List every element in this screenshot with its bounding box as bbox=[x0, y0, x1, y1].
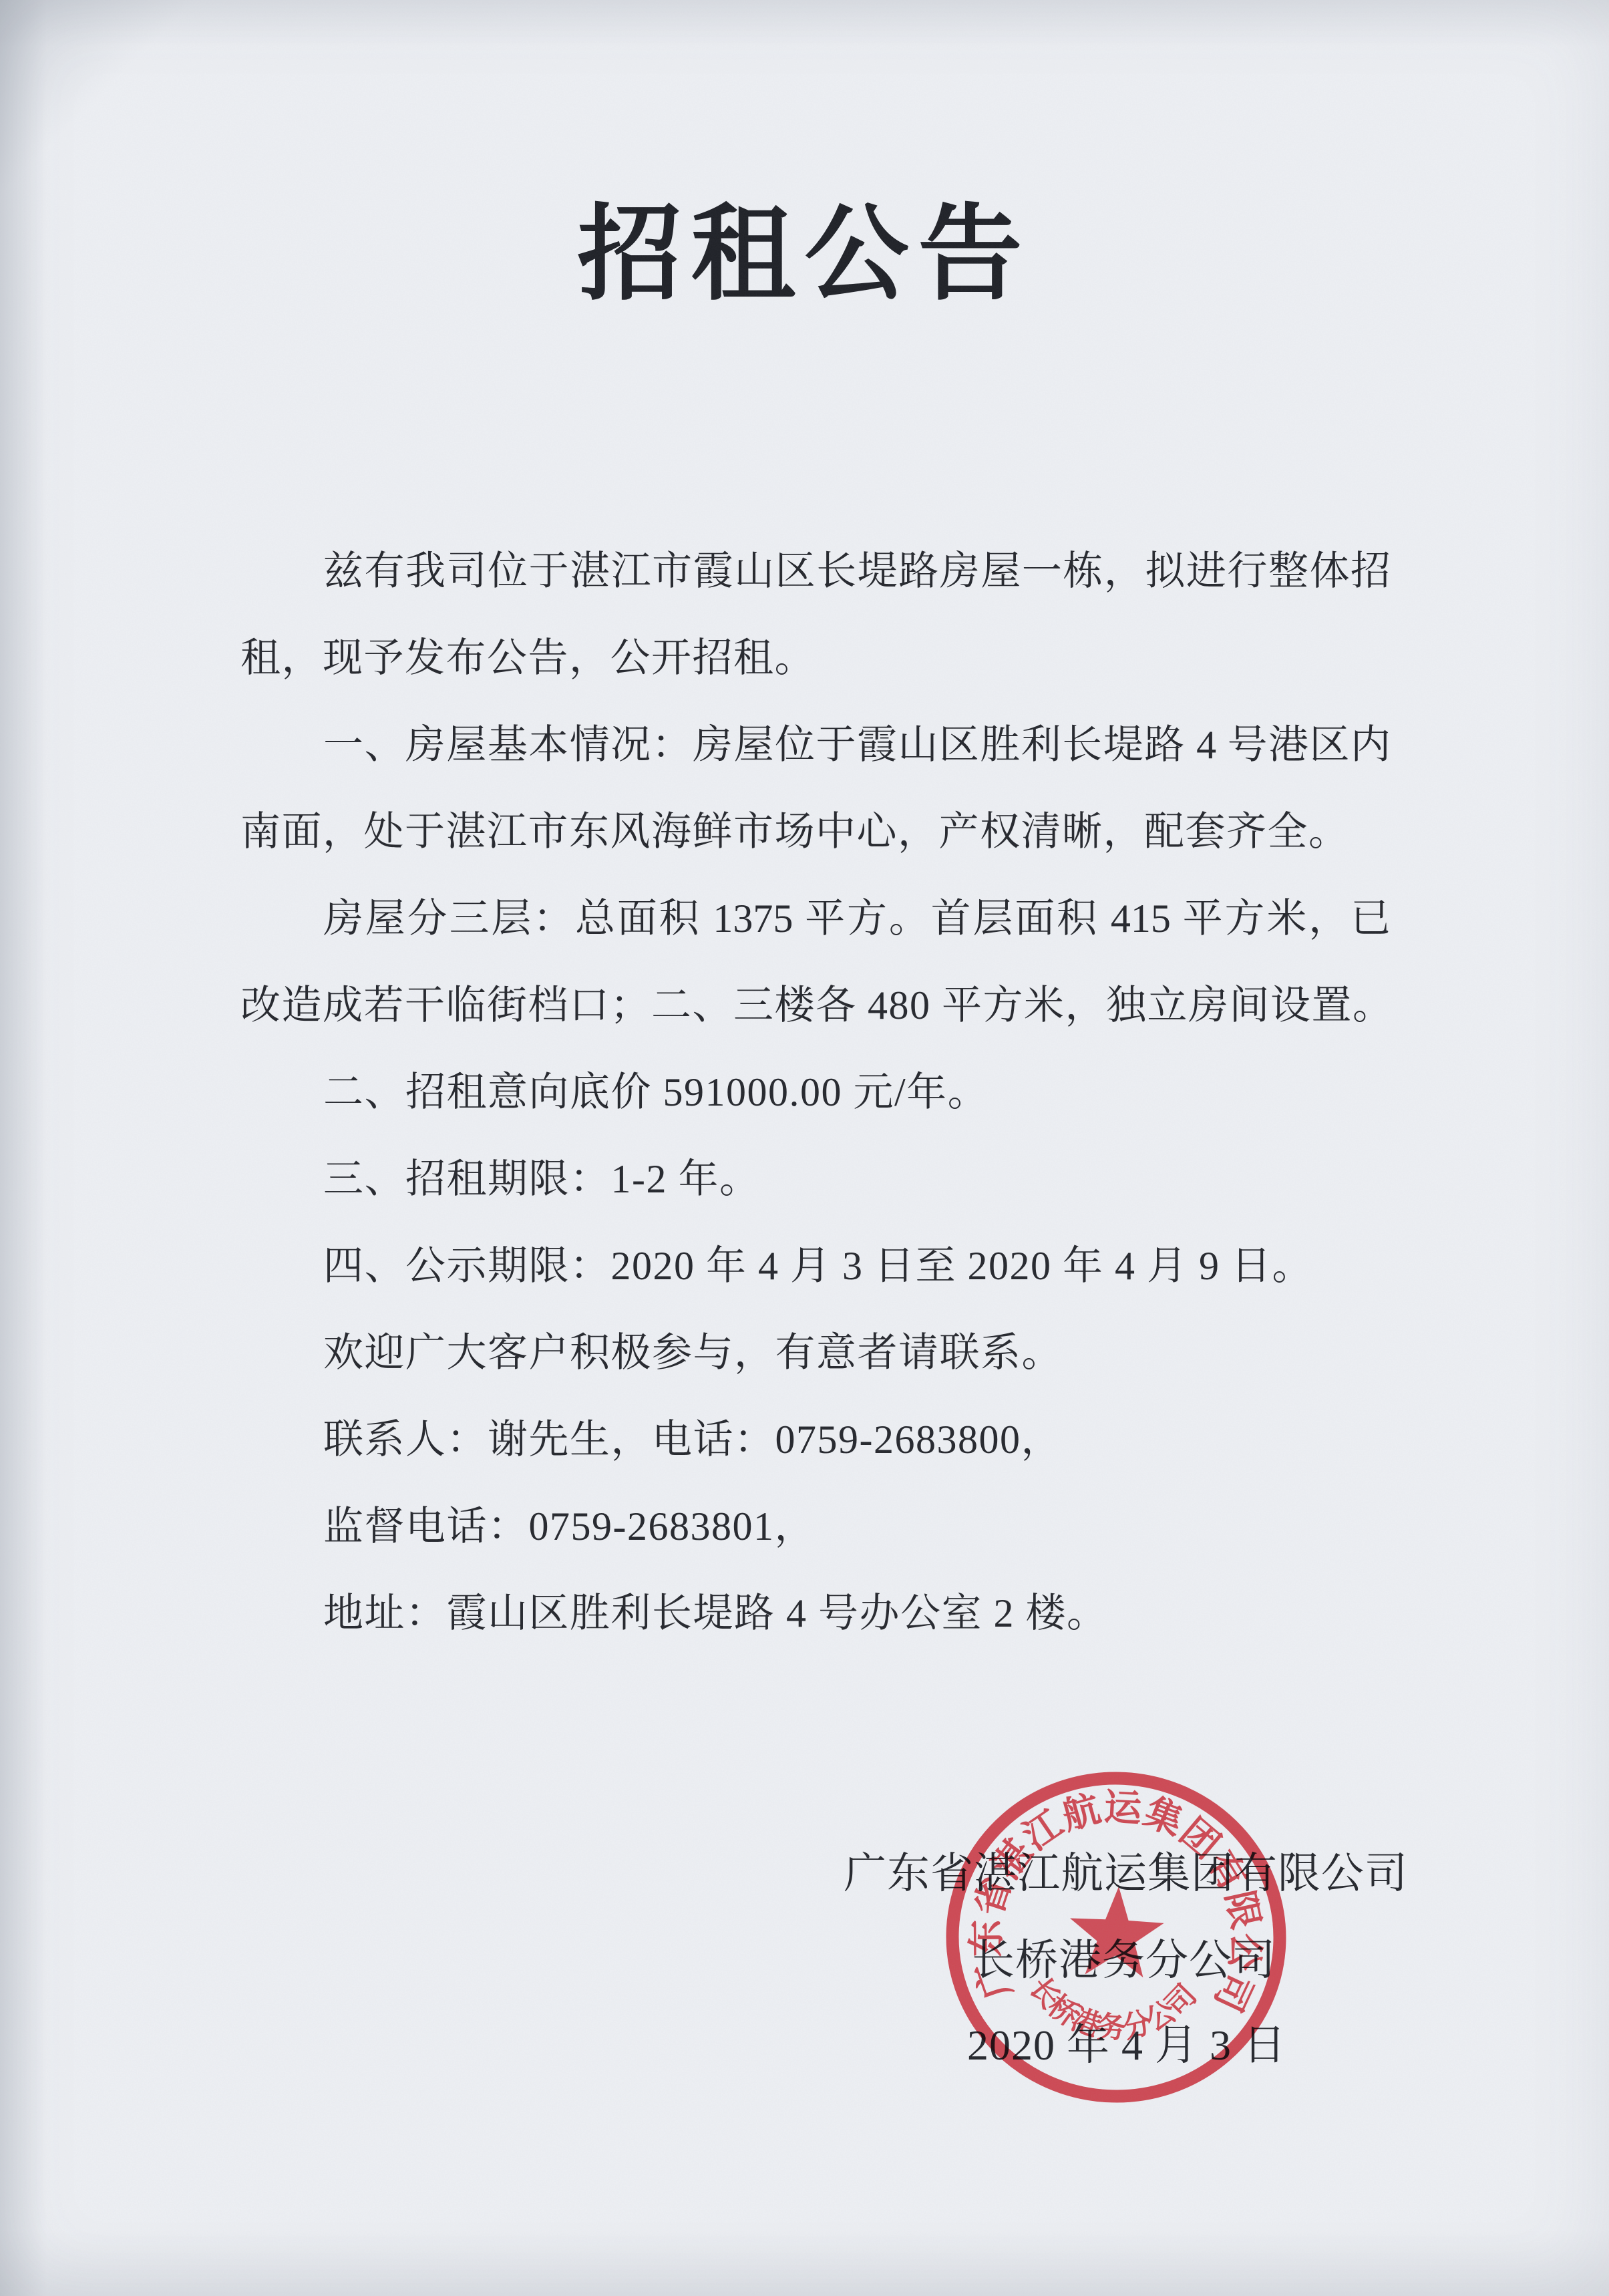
svg-text:长桥港务分公司: 长桥港务分公司 bbox=[1021, 1970, 1204, 2049]
star-icon bbox=[1067, 1884, 1166, 1978]
paper-shadow-bottom bbox=[0, 2229, 1609, 2296]
paper-texture bbox=[0, 0, 1609, 2296]
company-stamp: 广东省湛江航运集团有限公司 长桥港务分公司 bbox=[929, 1750, 1303, 2124]
body-line-10: 欢迎广大客户积极参与，有意者请联系。 bbox=[240, 1333, 1391, 1373]
body-line-12: 监督电话：0759-2683801， bbox=[240, 1506, 1391, 1546]
paper-crease-top-left bbox=[0, 0, 214, 214]
body-line-3: 一、房屋基本情况：房屋位于霞山区胜利长堤路 4 号港区内 bbox=[240, 725, 1391, 765]
body-line-13: 地址：霞山区胜利长堤路 4 号办公室 2 楼。 bbox=[240, 1593, 1391, 1633]
body-line-8: 三、招租期限：1-2 年。 bbox=[240, 1159, 1391, 1199]
body-line-6: 改造成若干临街档口；二、三楼各 480 平方米，独立房间设置。 bbox=[240, 985, 1391, 1025]
body-line-4: 南面，处于湛江市东风海鲜市场中心，产权清晰，配套齐全。 bbox=[240, 812, 1391, 852]
document-title: 招租公告 bbox=[0, 195, 1609, 315]
body-line-5: 房屋分三层：总面积 1375 平方。首层面积 415 平方米，已 bbox=[240, 898, 1391, 939]
body-line-9: 四、公示期限：2020 年 4 月 3 日至 2020 年 4 月 9 日。 bbox=[240, 1246, 1391, 1286]
paper-shadow-top bbox=[0, 0, 1609, 47]
body-line-2: 租，现予发布公告，公开招租。 bbox=[240, 638, 1391, 678]
stamp-bottom-text: 长桥港务分公司 bbox=[1021, 1970, 1204, 2049]
paper-shadow-left bbox=[0, 0, 47, 2296]
body-line-7: 二、招租意向底价 591000.00 元/年。 bbox=[240, 1072, 1391, 1112]
scanned-document-page: 招租公告 兹有我司位于湛江市霞山区长堤路房屋一栋，拟进行整体招 租，现予发布公告… bbox=[0, 0, 1609, 2296]
body-line-1: 兹有我司位于湛江市霞山区长堤路房屋一栋，拟进行整体招 bbox=[240, 551, 1391, 591]
body-line-11: 联系人：谢先生，电话：0759-2683800， bbox=[240, 1420, 1391, 1460]
